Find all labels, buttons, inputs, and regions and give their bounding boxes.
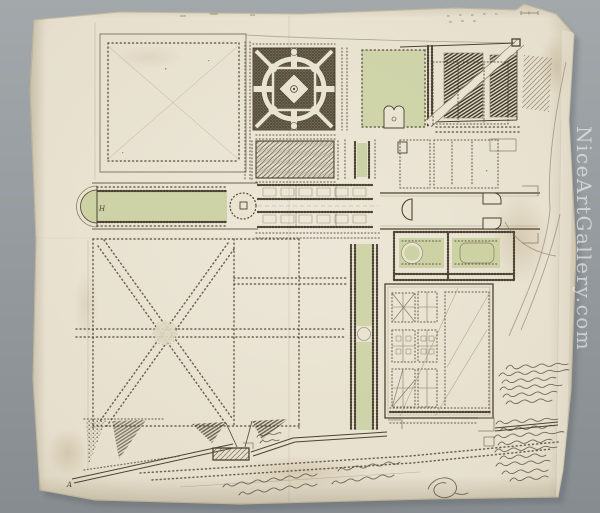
plan-canvas: H A NiceArtGallery.com [0,0,600,513]
label-a: A [66,481,72,489]
broderie-parterre [253,48,335,130]
rond-point [230,193,256,219]
scanned-garden-plan: H A NiceArtGallery.com [0,0,600,513]
watermark-text: NiceArtGallery.com [572,126,596,351]
label-h: H [98,205,106,213]
water-basin [252,141,338,182]
tree-allee [351,244,377,430]
